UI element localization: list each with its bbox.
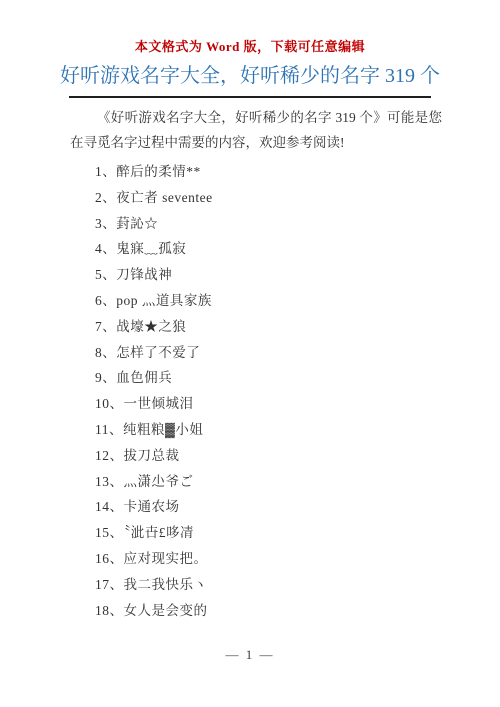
list-item: 9、血色佣兵 [95,365,500,391]
list-item: 3、葑訫☆ [95,211,500,237]
list-item: 15、〝泚卋£哆凊 [95,520,500,546]
list-item: 12、拔刀总裁 [95,443,500,469]
editable-notice: 本文格式为 Word 版，下载可任意编辑 [0,0,500,55]
intro-paragraph: 《好听游戏名字大全，好听稀少的名字 319 个》可能是您在寻觅名字过程中需要的内… [70,105,442,155]
list-item: 10、一世倾城泪 [95,391,500,417]
list-item: 8、怎样了不爱了 [95,340,500,366]
name-list: 1、醉后的柔情**2、夜亡者 seventee3、葑訫☆4、鬼寐﹏孤寂5、刀锋战… [95,159,500,623]
list-item: 7、战壕★之狼 [95,314,500,340]
list-item: 13、灬潇尐爷ご [95,469,500,495]
list-item: 1、醉后的柔情** [95,159,500,185]
page-number: — 1 — [0,647,500,663]
list-item: 17、我二我快乐ヽ [95,572,500,598]
list-item: 11、纯粗粮▓小姐 [95,417,500,443]
list-item: 2、夜亡者 seventee [95,185,500,211]
list-item: 18、女人是会变的 [95,598,500,624]
list-item: 14、卡通农场 [95,494,500,520]
list-item: 4、鬼寐﹏孤寂 [95,236,500,262]
list-item: 5、刀锋战神 [95,262,500,288]
list-item: 6、pop 灬道具家族 [95,288,500,314]
title-divider [69,96,431,98]
document-title: 好听游戏名字大全，好听稀少的名字 319 个 [54,62,446,90]
document-page: 本文格式为 Word 版，下载可任意编辑 好听游戏名字大全，好听稀少的名字 31… [0,0,500,707]
list-item: 16、应对现实把。 [95,546,500,572]
